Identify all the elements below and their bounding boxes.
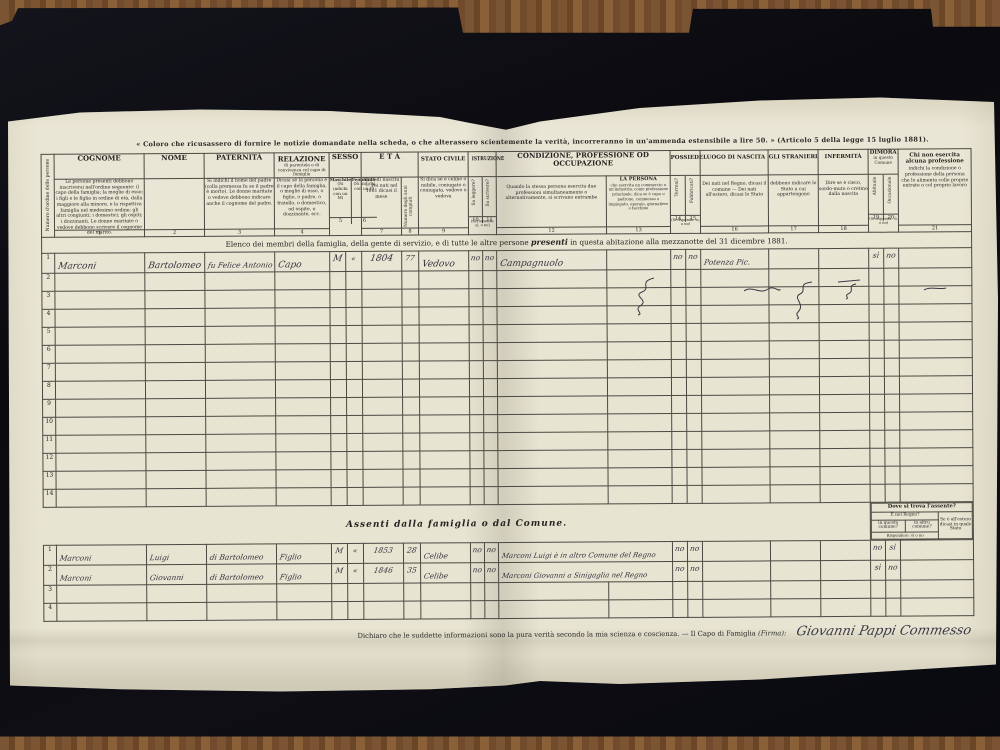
- cell-sesso-f: «: [346, 252, 362, 272]
- empty-cell: [701, 377, 769, 395]
- hw-sesso-m: M: [329, 252, 346, 264]
- cell-legge: no: [470, 543, 484, 563]
- empty-cell: [819, 341, 869, 359]
- terreni-label: Terreni?: [675, 178, 680, 197]
- empty-cell: [145, 309, 205, 327]
- assenti-empty-rows: 34: [44, 580, 974, 622]
- hw-relazione: Figlio: [276, 551, 303, 562]
- cell-stato: Celibe: [420, 543, 470, 563]
- empty-cell: [607, 288, 671, 306]
- empty-cell: [362, 325, 402, 343]
- cell-stranieri: [771, 561, 821, 581]
- cell-infermita: [820, 541, 870, 561]
- empty-cell: [869, 376, 884, 394]
- cell-anni: 35: [404, 563, 421, 583]
- row-number: 3: [44, 586, 57, 604]
- hw-relazione: Capo: [274, 258, 302, 270]
- hw-anni: 35: [403, 564, 421, 575]
- empty-cell: [483, 271, 497, 289]
- sesso-desc-cell: Maschile (Si indichi con un M) 5 Femmini…: [329, 177, 361, 236]
- infermita-desc: Dire se è cieco, sordo-muto o cretino da…: [819, 175, 868, 199]
- empty-cell: [362, 361, 402, 379]
- col-header-chi-non-esercita: Chi non esercita alcuna professione indi…: [898, 149, 972, 233]
- empty-cell: [363, 469, 403, 487]
- empty-cell: [821, 581, 871, 599]
- empty-cell: [607, 360, 671, 378]
- empty-cell: [470, 415, 484, 433]
- empty-cell: [671, 360, 686, 378]
- cell-scrive: no: [483, 251, 497, 271]
- empty-cell: [673, 582, 688, 600]
- dove-estero: Se è all'estero dicasi in quale Stato: [939, 512, 973, 540]
- col-header-luogo: LUOGO DI NASCITA: [700, 150, 768, 175]
- row-number: 13: [43, 471, 56, 489]
- empty-cell: [497, 306, 607, 325]
- cell-nome: Giovanni: [147, 565, 207, 585]
- empty-cell: [686, 306, 701, 324]
- empty-cell: [497, 378, 607, 397]
- empty-cell: [419, 307, 469, 325]
- empty-cell: [330, 344, 346, 362]
- hw-legge: no: [470, 563, 485, 574]
- cell-paternita: fu Felice Antonio: [205, 252, 275, 272]
- chinon-number: 21: [899, 224, 971, 231]
- empty-cell: [275, 380, 330, 398]
- empty-cell: [145, 291, 205, 309]
- row-number: 4: [42, 309, 55, 327]
- empty-cell: [330, 290, 346, 308]
- hw-anni: 28: [403, 544, 421, 555]
- col-header-numero: Numero d'ordine delle persone: [41, 154, 55, 237]
- empty-cell: [206, 398, 276, 416]
- hw-dove-questo: sì: [870, 561, 886, 572]
- cell-condizione: Campagnuolo: [497, 250, 607, 271]
- empty-cell: [770, 431, 820, 449]
- empty-cell: [819, 323, 869, 341]
- hw-fabbricati: no: [685, 250, 701, 261]
- empty-cell: [770, 395, 820, 413]
- paternita-desc: Si indichi il nome del padre (colla prem…: [205, 178, 274, 206]
- empty-cell: [277, 602, 332, 620]
- stato-number: 9: [419, 227, 468, 235]
- assenti-band-cell: Assenti dalla famiglia o dal Comune.: [43, 503, 870, 546]
- nome-desc-cell: 2: [144, 178, 204, 237]
- empty-cell: [884, 376, 899, 394]
- cell-la-persona: [607, 250, 671, 270]
- empty-cell: [769, 323, 819, 341]
- istruzione-legge-half: Sa leggere? 10: [469, 177, 483, 223]
- sesso-m-number: 5: [330, 217, 351, 224]
- empty-cell: [332, 602, 348, 620]
- empty-cell: [702, 431, 770, 449]
- hw-dove-estero: [901, 560, 974, 563]
- hw-paternita: di Bartolomeo: [206, 551, 264, 562]
- stato-desc-cell: Si dica se è celibe o nubile, coniugato …: [418, 177, 468, 236]
- empty-cell: [470, 469, 484, 487]
- empty-cell: [770, 467, 820, 485]
- condizione-number: 12: [497, 226, 606, 234]
- cell-cognome: Marconi: [57, 565, 147, 586]
- eta-anno-desc-cell: Anno di nascita — Pei nati nel 1881 dica…: [361, 177, 401, 236]
- empty-cell: [686, 378, 701, 396]
- cell-paternita: di Bartolomeo: [206, 544, 276, 564]
- empty-cell: [331, 452, 347, 470]
- cell-luogo: Potenza Pic.: [701, 249, 769, 269]
- empty-cell: [497, 270, 607, 289]
- empty-cell: [275, 272, 330, 290]
- empty-cell: [419, 379, 469, 397]
- empty-cell: [404, 583, 421, 601]
- sa-leggere-label: Sa leggere?: [473, 179, 478, 205]
- empty-cell: [469, 379, 483, 397]
- empty-cell: [348, 602, 364, 620]
- chinon-title: Chi non esercita alcuna professione: [899, 149, 971, 165]
- hw-scrive: no: [484, 543, 499, 554]
- empty-cell: [484, 397, 498, 415]
- dimora-abituale-half: Abituale 19: [869, 175, 884, 221]
- cell-dove-questo: sì: [871, 560, 886, 580]
- empty-cell: [900, 394, 973, 412]
- empty-cell: [899, 286, 972, 304]
- empty-cell: [330, 326, 346, 344]
- empty-cell: [885, 484, 900, 502]
- cell-infermita: [821, 561, 871, 581]
- hw-paternita: di Bartolomeo: [206, 571, 264, 582]
- empty-cell: [55, 363, 145, 382]
- empty-cell: [419, 343, 469, 361]
- cell-dove-estero: [901, 560, 974, 580]
- hw-relazione: Figlio: [276, 571, 303, 582]
- cell-sesso-f: «: [347, 544, 363, 564]
- empty-cell: [899, 268, 972, 286]
- eta-anno-number: 7: [362, 228, 401, 235]
- occasionale-label: Occasionale: [888, 177, 893, 204]
- la-persona-desc: che esercita un commercio o un'industria…: [607, 183, 670, 212]
- empty-cell: [485, 601, 499, 619]
- empty-cell: [672, 432, 687, 450]
- empty-cell: [608, 396, 672, 414]
- empty-cell: [483, 325, 497, 343]
- cell-nota: Marconi Giovanni a Sinigaglia nel Regno: [499, 562, 673, 583]
- presenti-empty-rows: 234567891011121314: [42, 268, 973, 508]
- empty-cell: [347, 434, 363, 452]
- empty-cell: [483, 307, 497, 325]
- empty-cell: [886, 598, 901, 616]
- empty-cell: [206, 470, 276, 488]
- row-number: 11: [43, 435, 56, 453]
- cell-dove-altro: no: [886, 560, 901, 580]
- empty-cell: [330, 362, 346, 380]
- empty-cell: [483, 361, 497, 379]
- empty-cell: [364, 583, 404, 601]
- empty-cell: [901, 580, 974, 598]
- empty-cell: [346, 272, 362, 290]
- empty-cell: [420, 451, 470, 469]
- empty-cell: [402, 289, 419, 307]
- empty-cell: [870, 430, 885, 448]
- hw-stato: Vedovo: [418, 258, 456, 270]
- la-persona-desc-cell: LA PERSONA che esercita un commercio o u…: [606, 175, 670, 234]
- cell-dove-altro: sì: [885, 540, 900, 560]
- row-number: 1: [43, 546, 56, 566]
- stranieri-desc-cell: debbono indicare lo Stato a cui apparten…: [768, 174, 818, 233]
- col-header-infermita: INFERMITÀ: [818, 149, 868, 174]
- empty-cell: [330, 272, 346, 290]
- possiede-fabbricati-half: Fabbricati? 15: [686, 176, 700, 222]
- empty-cell: [609, 582, 673, 600]
- presenti-title-part1: Elenco dei membri della famiglia, della …: [226, 238, 529, 249]
- empty-cell: [419, 289, 469, 307]
- empty-cell: [277, 584, 332, 602]
- empty-cell: [205, 344, 275, 362]
- col-header-condizione: CONDIZIONE, PROFESSIONE OD OCCUPAZIONE: [496, 151, 670, 177]
- hw-dove-altro: sì: [885, 541, 901, 552]
- empty-cell: [331, 470, 347, 488]
- empty-cell: [701, 341, 769, 359]
- empty-cell: [671, 306, 686, 324]
- empty-cell: [145, 273, 205, 291]
- assenti-title: Assenti dalla famiglia o dal Comune.: [43, 517, 870, 532]
- empty-cell: [820, 449, 870, 467]
- empty-cell: [331, 488, 347, 506]
- empty-cell: [899, 340, 972, 358]
- hw-fabbricati: no: [687, 562, 703, 573]
- cell-relazione: Figlio: [277, 564, 332, 584]
- empty-cell: [206, 452, 276, 470]
- luogo-number: 16: [701, 225, 768, 233]
- cell-cognome: Marconi: [55, 253, 145, 274]
- empty-cell: [869, 304, 884, 322]
- numero-label: Numero d'ordine delle persone: [45, 159, 50, 232]
- luogo-desc: Dei nati nel Regno, dicasi il comune — D…: [701, 175, 768, 199]
- empty-cell: [146, 399, 206, 417]
- row-number: 5: [42, 327, 55, 345]
- empty-cell: [362, 343, 402, 361]
- empty-cell: [483, 289, 497, 307]
- empty-cell: [885, 394, 900, 412]
- cell-sesso-m: M: [331, 544, 347, 564]
- empty-cell: [331, 416, 347, 434]
- empty-cell: [688, 600, 703, 618]
- empty-cell: [484, 415, 498, 433]
- empty-cell: [901, 598, 974, 616]
- hw-nome: Bartolomeo: [144, 259, 202, 271]
- empty-cell: [885, 466, 900, 484]
- empty-cell: [207, 584, 277, 602]
- hw-scrive: no: [482, 251, 497, 262]
- empty-cell: [885, 412, 900, 430]
- head-of-family-signature: Giovanni Pappi Commesso: [795, 623, 973, 639]
- cell-dove-questo: no: [870, 540, 885, 560]
- empty-cell: [870, 394, 885, 412]
- empty-cell: [687, 450, 702, 468]
- empty-cell: [402, 361, 419, 379]
- empty-cell: [347, 488, 363, 506]
- hw-sesso-f: «: [345, 252, 362, 263]
- empty-cell: [484, 451, 498, 469]
- empty-cell: [146, 471, 206, 489]
- empty-cell: [498, 396, 608, 415]
- empty-cell: [886, 580, 901, 598]
- hw-anno: 1846: [363, 564, 404, 575]
- empty-cell: [672, 414, 687, 432]
- empty-cell: [402, 325, 419, 343]
- empty-cell: [421, 601, 471, 619]
- empty-cell: [145, 363, 205, 381]
- row-number: 14: [43, 489, 56, 507]
- empty-cell: [673, 600, 688, 618]
- cell-scrive: no: [485, 563, 499, 583]
- empty-cell: [147, 603, 207, 621]
- cell-nome: Luigi: [146, 545, 206, 565]
- empty-cell: [869, 268, 884, 286]
- empty-cell: [900, 376, 973, 394]
- empty-cell: [55, 345, 145, 364]
- empty-cell: [884, 358, 899, 376]
- hw-terreni: no: [670, 250, 686, 261]
- empty-cell: [819, 305, 869, 323]
- empty-cell: [146, 453, 206, 471]
- condizione-desc: Quando la stessa persona esercita due pr…: [497, 176, 606, 202]
- empty-cell: [819, 377, 869, 395]
- empty-cell: [819, 287, 869, 305]
- empty-cell: [205, 326, 275, 344]
- empty-cell: [819, 269, 869, 287]
- istruzione-desc-cell: Sa leggere? 10 Sa scrivere? 11 (Si rispo…: [468, 176, 496, 235]
- empty-cell: [900, 466, 973, 484]
- empty-cell: [687, 468, 702, 486]
- col-header-cognome: COGNOME: [54, 154, 144, 179]
- cell-relazione: Capo: [275, 252, 330, 272]
- hw-abituale: sì: [868, 249, 884, 260]
- empty-cell: [420, 433, 470, 451]
- empty-cell: [607, 342, 671, 360]
- empty-cell: [484, 487, 498, 505]
- empty-cell: [871, 580, 886, 598]
- empty-cell: [609, 600, 673, 618]
- empty-cell: [469, 289, 483, 307]
- cell-dove-estero: [901, 540, 974, 560]
- dimora-desc-cell: Abituale 19 Occasionale 20 (Si risponda:…: [868, 174, 898, 233]
- empty-cell: [145, 345, 205, 363]
- empty-cell: [686, 360, 701, 378]
- empty-cell: [498, 468, 608, 487]
- stranieri-number: 17: [769, 225, 818, 233]
- row-number: 2: [44, 566, 57, 586]
- empty-cell: [206, 434, 276, 452]
- hw-legge: no: [470, 543, 485, 554]
- empty-cell: [703, 599, 771, 617]
- empty-cell: [275, 290, 330, 308]
- empty-cell: [56, 489, 146, 508]
- empty-cell: [483, 379, 497, 397]
- empty-cell: [498, 450, 608, 469]
- empty-cell: [420, 487, 470, 505]
- empty-cell: [884, 286, 899, 304]
- empty-cell: [469, 307, 483, 325]
- empty-cell: [57, 603, 147, 622]
- empty-cell: [702, 467, 770, 485]
- stato-desc: Si dica se è celibe o nubile, coniugato …: [420, 177, 467, 199]
- empty-cell: [346, 326, 362, 344]
- cell-chi-non-esercita: [899, 248, 972, 268]
- empty-cell: [702, 449, 770, 467]
- empty-cell: [402, 343, 419, 361]
- empty-cell: [145, 381, 205, 399]
- presenti-title-part2: in questa abitazione alla mezzanotte del…: [570, 237, 788, 247]
- hw-cognome: Marconi: [54, 260, 97, 272]
- empty-cell: [403, 433, 420, 451]
- empty-cell: [771, 599, 821, 617]
- cell-anni: 77: [402, 251, 419, 271]
- cognome-desc-cell: Le persone presenti debbono inscriversi …: [54, 179, 144, 238]
- possiede-desc-cell: Terreni? 14 Fabbricati? 15 (Si risponda:…: [670, 175, 700, 234]
- infermita-desc-cell: Dire se è cieco, sordo-muto o cretino da…: [818, 174, 868, 233]
- empty-cell: [770, 485, 820, 503]
- dimora-occasionale-half: Occasionale 20: [884, 174, 898, 220]
- empty-cell: [671, 342, 686, 360]
- col-header-paternita: PATERNITÀ: [204, 153, 274, 178]
- empty-cell: [275, 308, 330, 326]
- empty-cell: [769, 269, 819, 287]
- empty-cell: [885, 448, 900, 466]
- empty-cell: [672, 486, 687, 504]
- empty-cell: [820, 485, 870, 503]
- empty-cell: [497, 360, 607, 379]
- empty-cell: [900, 484, 973, 502]
- empty-cell: [607, 378, 671, 396]
- dove-altro-comune: in altro comune?: [905, 520, 939, 533]
- hw-paternita: fu Felice Antonio: [204, 259, 273, 270]
- empty-cell: [363, 397, 403, 415]
- empty-cell: [56, 435, 146, 454]
- empty-cell: [205, 272, 275, 290]
- cell-terreni: no: [672, 542, 687, 562]
- empty-cell: [420, 397, 470, 415]
- empty-cell: [899, 304, 972, 322]
- empty-cell: [362, 271, 402, 289]
- cell-fabbricati: no: [686, 250, 701, 270]
- empty-cell: [703, 581, 771, 599]
- empty-cell: [206, 488, 276, 506]
- empty-cell: [884, 304, 899, 322]
- condizione-desc-cell: Quando la stessa persona esercita due pr…: [496, 176, 606, 235]
- empty-cell: [608, 450, 672, 468]
- empty-cell: [820, 467, 870, 485]
- empty-cell: [608, 468, 672, 486]
- dove-questo-comune: in questo comune?: [871, 520, 905, 533]
- empty-cell: [146, 417, 206, 435]
- empty-cell: [55, 327, 145, 346]
- col-header-stato-civile: STATO CIVILE: [418, 152, 468, 177]
- empty-cell: [688, 582, 703, 600]
- cell-abituale: sì: [869, 248, 884, 268]
- empty-cell: [687, 414, 702, 432]
- hw-condizione: Campagnuolo: [496, 257, 564, 269]
- empty-cell: [420, 469, 470, 487]
- istruzione-scrive-half: Sa scrivere? 11: [483, 177, 496, 223]
- empty-cell: [56, 417, 146, 436]
- empty-cell: [769, 341, 819, 359]
- empty-cell: [331, 434, 347, 452]
- cell-stato: Vedovo: [419, 251, 469, 271]
- hw-anni: 77: [401, 252, 419, 263]
- cell-sesso-m: M: [332, 564, 348, 584]
- empty-cell: [402, 307, 419, 325]
- empty-cell: [884, 340, 899, 358]
- empty-cell: [769, 377, 819, 395]
- row-number: 9: [43, 399, 56, 417]
